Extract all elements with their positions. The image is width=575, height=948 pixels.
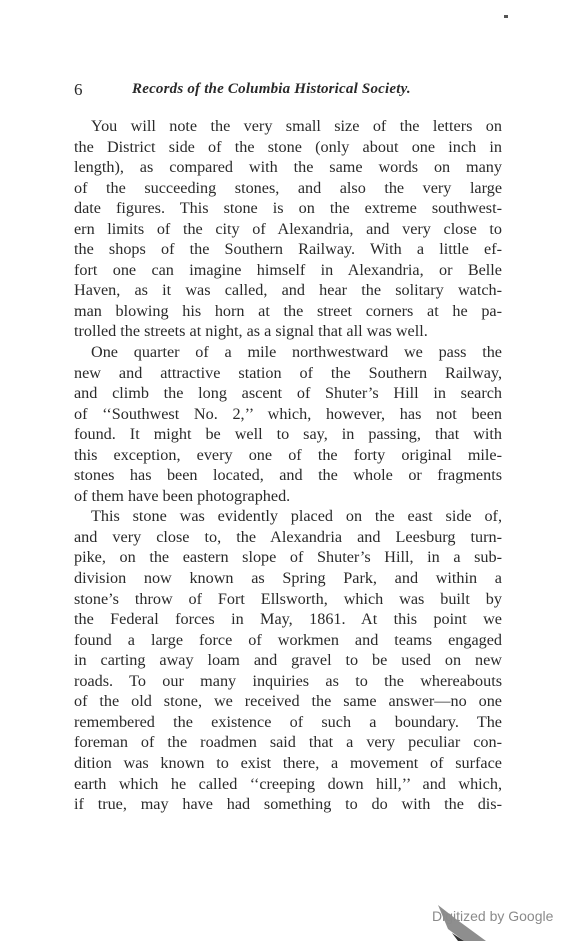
text-line: the shops of the Southern Railway. With … [74, 239, 502, 260]
text-line: dition was known to exist there, a movem… [74, 753, 502, 774]
text-line: This stone was evidently placed on the e… [74, 506, 502, 527]
page-header: 6 Records of the Columbia Historical Soc… [74, 80, 502, 102]
digitized-by-google-watermark: Digitized by Google [432, 908, 553, 924]
text-line: the Federal forces in May, 1861. At this… [74, 609, 502, 630]
text-line: One quarter of a mile northwestward we p… [74, 342, 502, 363]
text-line: You will note the very small size of the… [74, 116, 502, 137]
text-line: this exception, every one of the forty o… [74, 445, 502, 466]
text-line: found. It might be well to say, in passi… [74, 424, 502, 445]
running-title: Records of the Columbia Historical Socie… [132, 81, 411, 98]
text-line: found a large force of workmen and teams… [74, 630, 502, 651]
text-line: in carting away loam and gravel to be us… [74, 650, 502, 671]
text-line: man blowing his horn at the street corne… [74, 301, 502, 322]
text-line: if true, may have had something to do wi… [74, 794, 502, 815]
text-line: of them have been photographed. [74, 486, 502, 507]
text-line: date figures. This stone is on the extre… [74, 198, 502, 219]
text-line: roads. To our many inquiries as to the w… [74, 671, 502, 692]
text-line: of the old stone, we received the same a… [74, 691, 502, 712]
scan-speck [504, 15, 508, 18]
text-line: ern limits of the city of Alexandria, an… [74, 219, 502, 240]
text-line: Haven, as it was called, and hear the so… [74, 280, 502, 301]
text-line: length), as compared with the same words… [74, 157, 502, 178]
text-line: and climb the long ascent of Shuter’s Hi… [74, 383, 502, 404]
text-line: remembered the existence of such a bound… [74, 712, 502, 733]
text-line: the District side of the stone (only abo… [74, 137, 502, 158]
text-line: trolled the streets at night, as a signa… [74, 321, 502, 342]
text-line: and very close to, the Alexandria and Le… [74, 527, 502, 548]
text-line: division now known as Spring Park, and w… [74, 568, 502, 589]
page-number: 6 [74, 80, 83, 100]
text-line: fort one can imagine himself in Alexandr… [74, 260, 502, 281]
text-line: stones has been located, and the whole o… [74, 465, 502, 486]
text-line: foreman of the roadmen said that a very … [74, 732, 502, 753]
text-line: pike, on the eastern slope of Shuter’s H… [74, 547, 502, 568]
text-line: of ‘‘Southwest No. 2,’’ which, however, … [74, 404, 502, 425]
page-body-text: You will note the very small size of the… [74, 116, 502, 815]
text-line: stone’s throw of Fort Ellsworth, which w… [74, 589, 502, 610]
text-line: earth which he called ‘‘creeping down hi… [74, 774, 502, 795]
text-line: new and attractive station of the Southe… [74, 363, 502, 384]
text-line: of the succeeding stones, and also the v… [74, 178, 502, 199]
